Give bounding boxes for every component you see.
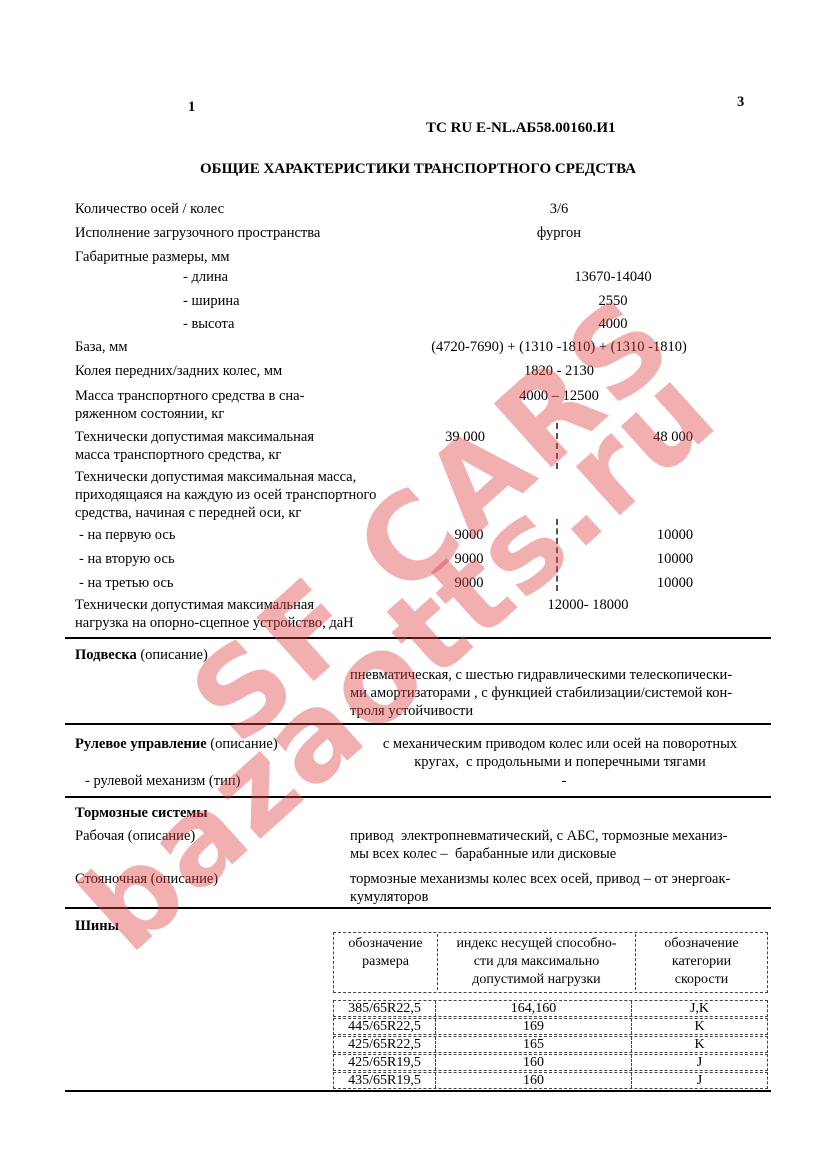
spec-label: Исполнение загрузочного пространства: [65, 224, 347, 242]
spec-row-dimensions: Габаритные размеры, мм: [65, 248, 771, 266]
horizontal-rule-bottom: [65, 1090, 771, 1092]
spec-row-width: - ширина 2550: [65, 292, 771, 310]
spec-label: - на третью ось: [65, 574, 351, 592]
spec-value: -: [357, 772, 771, 790]
spec-value: фургон: [347, 224, 771, 242]
spec-label: Масса транспортного средства в сна- ряже…: [65, 387, 347, 423]
page-number-right: 3: [737, 94, 744, 111]
tire-header-load-index: индекс несущей способно- сти для максима…: [438, 934, 636, 990]
spec-row-axle3: - на третью ось 9000 10000: [65, 574, 771, 592]
steering-description: с механическим приводом колес или осей н…: [350, 735, 770, 771]
parking-brake-description: тормозные механизмы колес всех осей, при…: [350, 870, 770, 906]
spec-value: 4000: [455, 315, 771, 333]
service-brake-description: привод электропневматический, с АБС, тор…: [350, 827, 770, 863]
spec-label: - на вторую ось: [65, 550, 351, 568]
spec-label: Технически допустимая максимальная нагру…: [65, 596, 405, 632]
spec-row-axles-wheels: Количество осей / колес 3/6: [65, 200, 771, 218]
spec-value-right: 10000: [579, 574, 771, 592]
spec-label: - на первую ось: [65, 526, 351, 544]
spec-label: Рабочая (описание): [65, 827, 347, 845]
tires-table-header: обозначение размера индекс несущей спосо…: [333, 932, 768, 993]
spec-row-axle1: - на первую ось 9000 10000: [65, 526, 771, 544]
spec-value-pair: 39 000 48 000: [347, 428, 771, 464]
spec-label: - рулевой механизм (тип): [65, 772, 357, 790]
spec-value-left: 9000: [351, 526, 579, 544]
brakes-heading-row: Тормозные системы: [65, 804, 771, 822]
spec-label: Колея передних/задних колес, мм: [65, 362, 347, 380]
spec-row-axle-mass-intro: Технически допустимая максимальная масса…: [65, 468, 771, 522]
tires-table: обозначение размера индекс несущей спосо…: [333, 932, 768, 1089]
spec-value: (4720-7690) + (1310 -1810) + (1310 -1810…: [347, 338, 771, 356]
spec-row-curb-mass: Масса транспортного средства в сна- ряже…: [65, 387, 771, 423]
spec-row-height: - высота 4000: [65, 315, 771, 333]
spec-value-right: 48 000: [575, 428, 771, 464]
spec-row-wheelbase: База, мм (4720-7690) + (1310 -1810) + (1…: [65, 338, 771, 356]
spec-value-left: 9000: [351, 574, 579, 592]
spec-value-right: 10000: [579, 526, 771, 544]
horizontal-rule-1: [65, 637, 771, 639]
spec-row-length: - длина 13670-14040: [65, 268, 771, 286]
tire-row: 435/65R19,5 160 J: [333, 1072, 768, 1089]
spec-label: - длина: [65, 268, 455, 286]
horizontal-rule-3: [65, 796, 771, 798]
tire-header-speed-category: обозначение категории скорости: [636, 934, 767, 990]
steering-gear-row: - рулевой механизм (тип) -: [65, 772, 771, 790]
spec-value-pair: 9000 10000: [351, 526, 771, 544]
suspension-heading: Подвеска (описание): [65, 646, 505, 664]
spec-label: Количество осей / колес: [65, 200, 347, 218]
tire-header-size: обозначение размера: [334, 934, 438, 990]
dashed-column-divider-top: [556, 423, 558, 469]
spec-label: - высота: [65, 315, 455, 333]
spec-label: Технически допустимая максимальная масса…: [65, 468, 505, 522]
tire-row: 425/65R22,5 165 K: [333, 1036, 768, 1053]
steering-heading-bold: Рулевое управление: [75, 736, 207, 752]
brakes-heading: Тормозные системы: [65, 804, 405, 822]
spec-label: Габаритные размеры, мм: [65, 248, 347, 266]
spec-label: - ширина: [65, 292, 455, 310]
steering-heading: Рулевое управление (описание): [65, 735, 355, 753]
spec-row-max-mass: Технически допустимая максимальная масса…: [65, 428, 771, 464]
spec-value: 2550: [455, 292, 771, 310]
spec-label: База, мм: [65, 338, 347, 356]
spec-value-right: 10000: [579, 550, 771, 568]
spec-value-pair: 9000 10000: [351, 574, 771, 592]
suspension-description: пневматическая, с шестью гидравлическими…: [350, 666, 770, 721]
document-page: 1 3 ТС RU E-NL.АБ58.00160.И1 ОБЩИЕ ХАРАК…: [0, 0, 827, 1170]
horizontal-rule-4: [65, 907, 771, 909]
tires-heading: Шины: [65, 917, 347, 935]
horizontal-rule-2: [65, 723, 771, 725]
spec-value-left: 9000: [351, 550, 579, 568]
suspension-heading-bold: Подвеска: [75, 647, 137, 663]
spec-row-track: Колея передних/задних колес, мм 1820 - 2…: [65, 362, 771, 380]
spec-value-left: 39 000: [347, 428, 575, 464]
page-number-left: 1: [188, 99, 195, 116]
spec-value: 13670-14040: [455, 268, 771, 286]
spec-value: 3/6: [347, 200, 771, 218]
spec-value: 12000- 18000: [405, 596, 771, 614]
tire-row: 445/65R22,5 169 K: [333, 1018, 768, 1035]
spec-label: Технически допустимая максимальная масса…: [65, 428, 347, 464]
suspension-heading-suffix: (описание): [137, 647, 208, 663]
steering-heading-suffix: (описание): [207, 736, 278, 752]
suspension-heading-row: Подвеска (описание): [65, 646, 771, 664]
tire-row: 385/65R22,5 164,160 J,K: [333, 1000, 768, 1017]
approval-number: ТС RU E-NL.АБ58.00160.И1: [426, 120, 616, 137]
spec-value-pair: 9000 10000: [351, 550, 771, 568]
section-title: ОБЩИЕ ХАРАКТЕРИСТИКИ ТРАНСПОРТНОГО СРЕДС…: [65, 161, 771, 178]
tire-row: 425/65R19,5 160 J: [333, 1054, 768, 1071]
spec-row-cargo-space: Исполнение загрузочного пространства фур…: [65, 224, 771, 242]
spec-value: 4000 – 12500: [347, 387, 771, 423]
spec-label: Стояночная (описание): [65, 870, 347, 888]
dashed-column-divider-bottom: [556, 519, 558, 591]
spec-row-fifth-wheel-load: Технически допустимая максимальная нагру…: [65, 596, 771, 632]
tires-table-body: 385/65R22,5 164,160 J,K 445/65R22,5 169 …: [333, 1000, 768, 1089]
spec-value: 1820 - 2130: [347, 362, 771, 380]
spec-row-axle2: - на вторую ось 9000 10000: [65, 550, 771, 568]
